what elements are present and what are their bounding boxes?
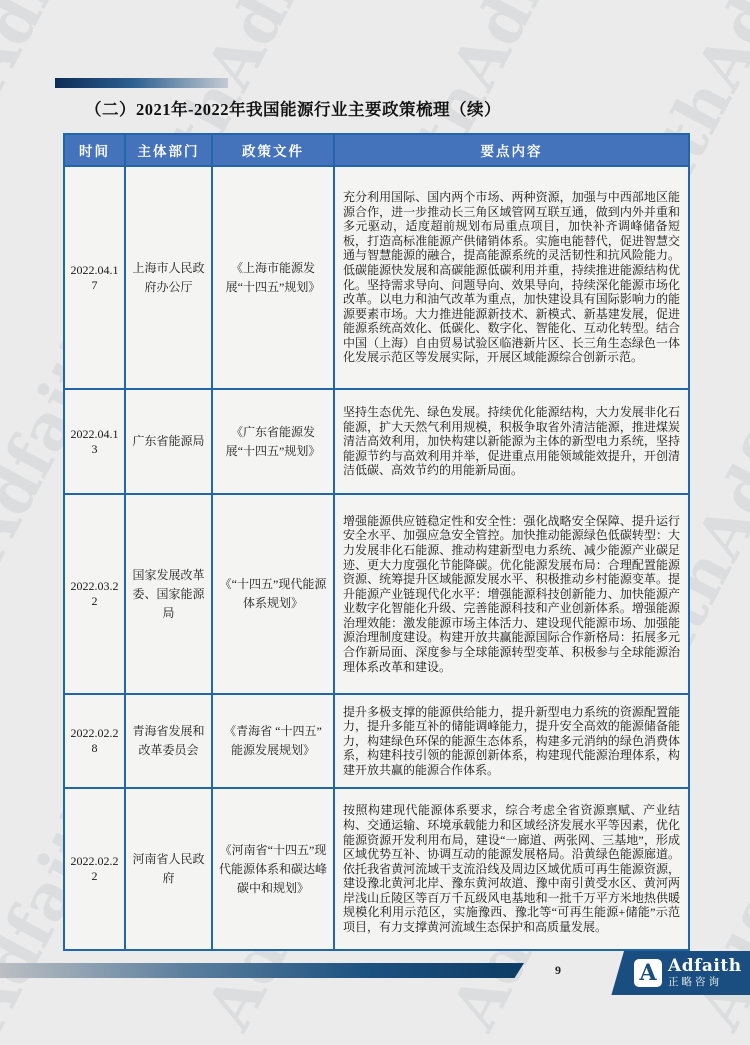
cell-department: 国家发展改革委、国家能源局 [125,494,212,694]
col-header-time: 时间 [64,134,125,166]
logo-text-en: Adfaith [668,958,742,975]
cell-policy-doc: 《青海省 “十四五” 能源发展规划》 [212,694,334,788]
cell-key-points: 坚持生态优先、绿色发展。持续优化能源结构，大力发展非化石能源，扩大天然气利用规模… [334,389,689,494]
title-accent-bar [55,78,228,88]
cell-date: 2022.04.13 [64,389,125,494]
watermark-text: Adfaith [437,0,627,102]
cell-date: 2022.04.17 [64,166,125,389]
table-header-row: 时间 主体部门 政策文件 要点内容 [64,134,689,166]
footer-accent-bar [0,963,524,978]
table-row: 2022.03.22 国家发展改革委、国家能源局 《“十四五”现代能源体系规划》… [64,494,689,694]
col-header-key-points: 要点内容 [334,134,689,166]
cell-policy-doc: 《“十四五”现代能源体系规划》 [212,494,334,694]
cell-date: 2022.03.22 [64,494,125,694]
cell-department: 青海省发展和改革委员会 [125,694,212,788]
cell-key-points: 按照构建现代能源体系要求，综合考虑全省资源禀赋、产业结构、交通运输、环境承载能力… [334,788,689,950]
table-row: 2022.04.13 广东省能源局 《广东省能源发展“十四五”规划》 坚持生态优… [64,389,689,494]
adfaith-logo-icon: A [634,959,662,987]
watermark-text: Adfaith [682,303,750,571]
cell-department: 上海市人民政府办公厅 [125,166,212,389]
cell-department: 河南省人民政府 [125,788,212,950]
table-row: 2022.02.22 河南省人民政府 《河南省“十四五”现代能源体系和碳达峰碳中… [64,788,689,950]
table-row: 2022.02.28 青海省发展和改革委员会 《青海省 “十四五” 能源发展规划… [64,694,689,788]
watermark-text: Adfaith [682,773,750,1041]
col-header-department: 主体部门 [125,134,212,166]
cell-date: 2022.02.22 [64,788,125,950]
logo-text: Adfaith 正略咨询 [668,958,742,988]
adfaith-logo: A Adfaith 正略咨询 [610,951,750,995]
policy-table: 时间 主体部门 政策文件 要点内容 2022.04.17 上海市人民政府办公厅 … [63,133,690,951]
page-number: 9 [548,963,568,978]
page-title: （二）2021年-2022年我国能源行业主要政策梳理（续） [85,96,501,120]
document-page: AdfaithAdfaithAdfaithAdfaithAdfaithAdfai… [0,0,750,1045]
cell-key-points: 增强能源供应链稳定性和安全性：强化战略安全保障、提升运行安全水平、加强应急安全管… [334,494,689,694]
cell-department: 广东省能源局 [125,389,212,494]
watermark-text: Adfaith [682,0,750,102]
logo-text-cn: 正略咨询 [668,977,742,988]
logo-initial: A [639,960,656,986]
cell-date: 2022.02.28 [64,694,125,788]
cell-key-points: 充分利用国际、国内两个市场、两种资源，加强与中西部地区能源合作，进一步推动长三角… [334,166,689,389]
table-row: 2022.04.17 上海市人民政府办公厅 《上海市能源发展“十四五”规划》 充… [64,166,689,389]
cell-policy-doc: 《河南省“十四五”现代能源体系和碳达峰碳中和规划》 [212,788,334,950]
cell-policy-doc: 《广东省能源发展“十四五”规划》 [212,389,334,494]
col-header-policy-doc: 政策文件 [212,134,334,166]
cell-key-points: 提升多极支撑的能源供给能力，提升新型电力系统的资源配置能力，提升多能互补的储能调… [334,694,689,788]
cell-policy-doc: 《上海市能源发展“十四五”规划》 [212,166,334,389]
